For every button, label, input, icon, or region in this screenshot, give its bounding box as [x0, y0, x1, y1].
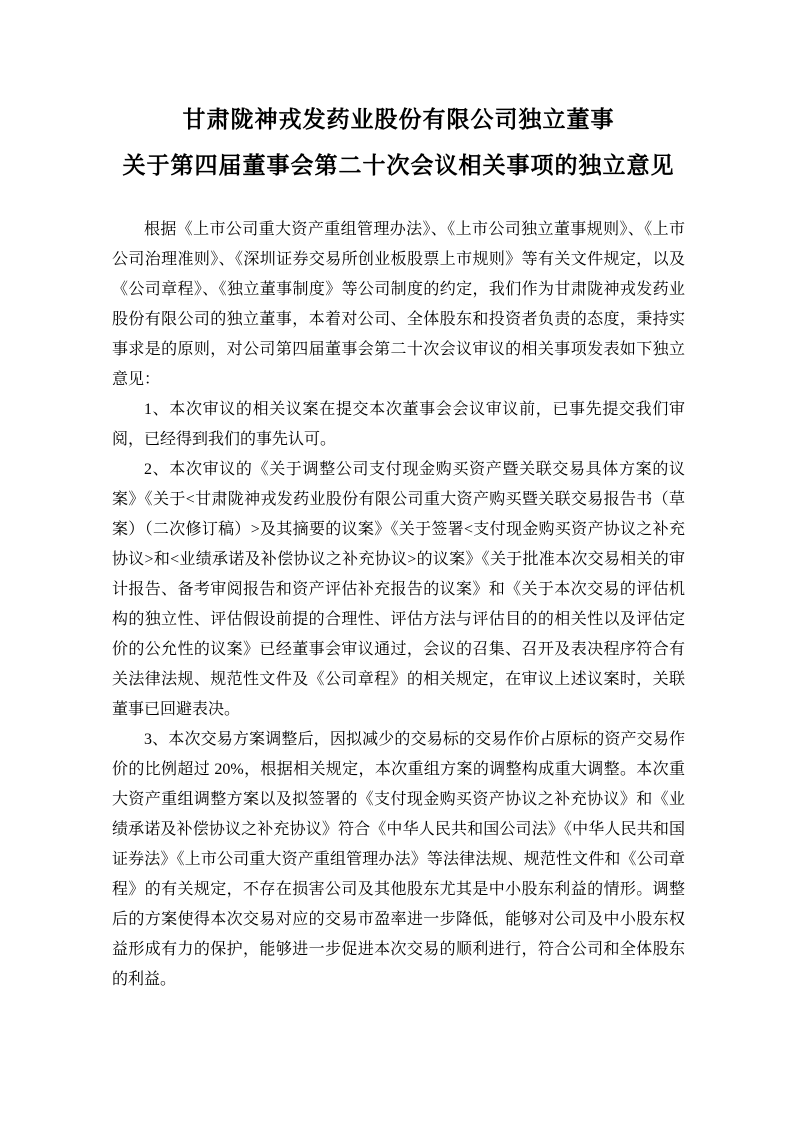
document-page: 甘肃陇神戎发药业股份有限公司独立董事 关于第四届董事会第二十次会议相关事项的独立…: [0, 0, 793, 1122]
document-title-line-1: 甘肃陇神戎发药业股份有限公司独立董事: [112, 97, 685, 143]
paragraph-item-1: 1、本次审议的相关议案在提交本次董事会会议审议前，已事先提交我们审阅，已经得到我…: [112, 395, 685, 455]
document-title-line-2: 关于第四届董事会第二十次会议相关事项的独立意见: [112, 143, 685, 189]
paragraph-intro: 根据《上市公司重大资产重组管理办法》、《上市公司独立董事规则》、《上市公司治理准…: [112, 215, 685, 395]
paragraph-item-3: 3、本次交易方案调整后，因拟减少的交易标的交易作价占原标的资产交易作价的比例超过…: [112, 725, 685, 995]
document-body: 根据《上市公司重大资产重组管理办法》、《上市公司独立董事规则》、《上市公司治理准…: [112, 215, 685, 995]
document-title: 甘肃陇神戎发药业股份有限公司独立董事 关于第四届董事会第二十次会议相关事项的独立…: [112, 97, 685, 189]
paragraph-item-2: 2、本次审议的《关于调整公司支付现金购买资产暨关联交易具体方案的议案》《关于<甘…: [112, 455, 685, 725]
